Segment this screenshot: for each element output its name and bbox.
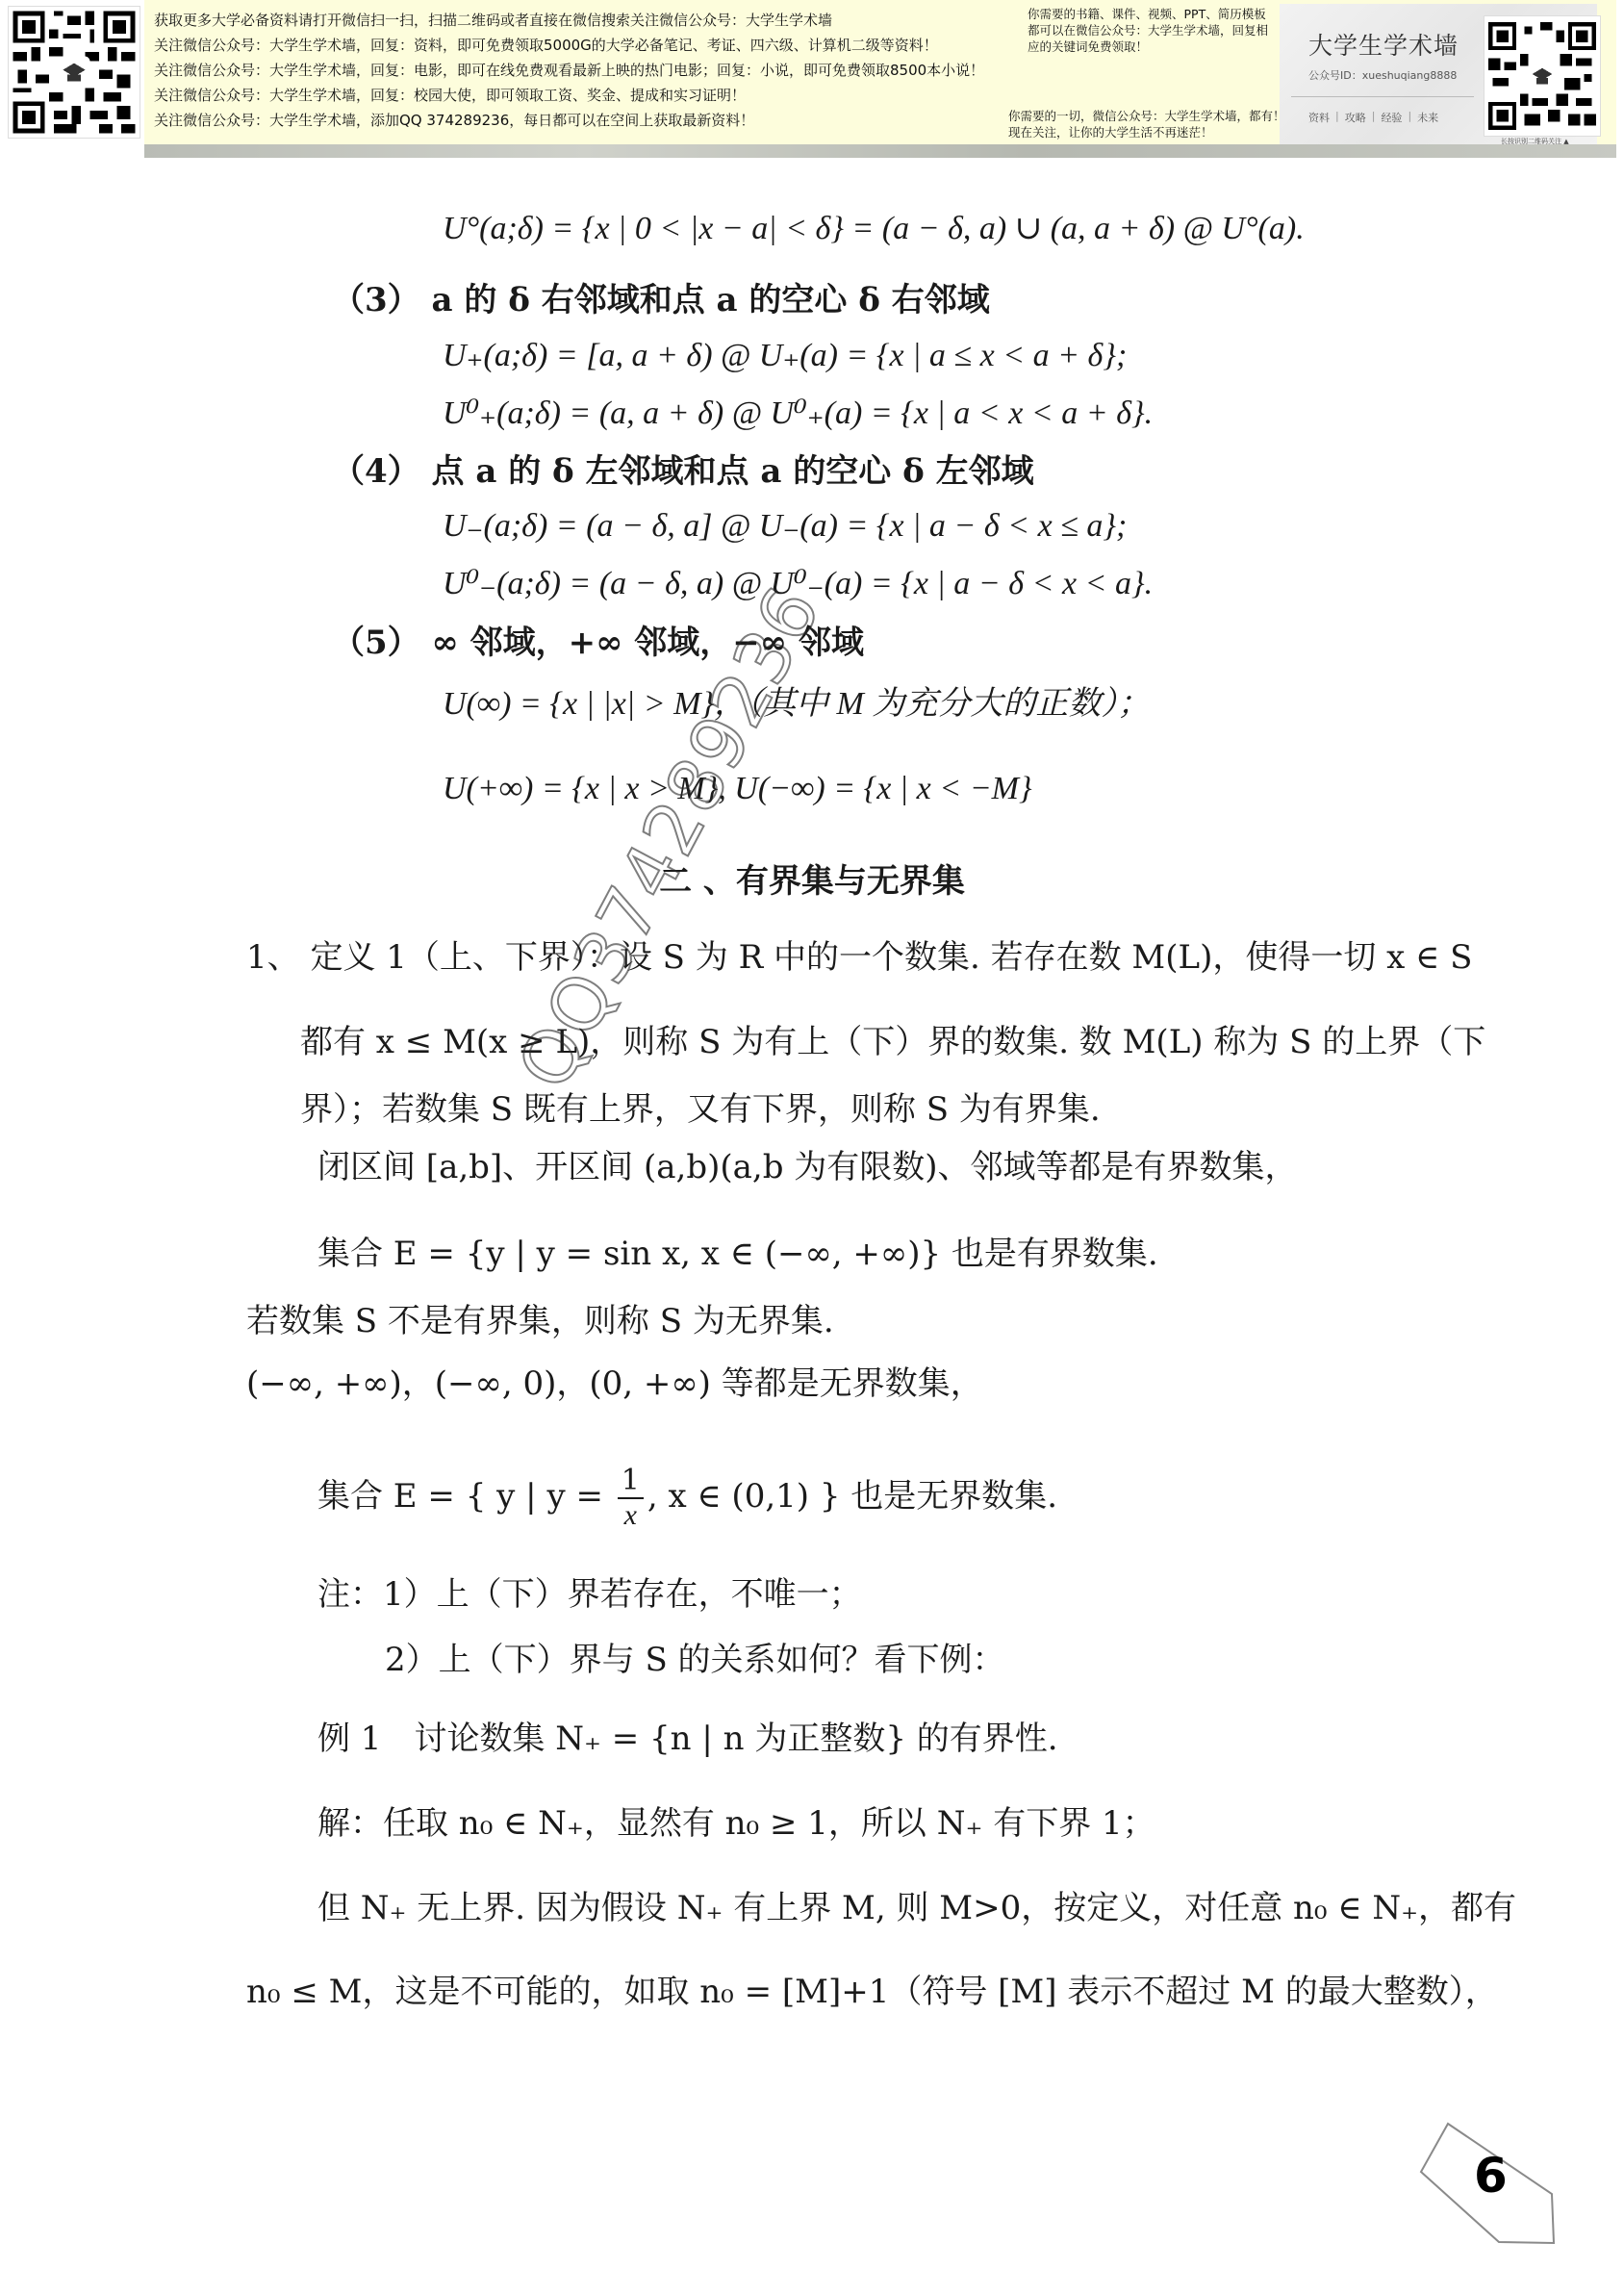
qr-code-icon[interactable] <box>8 6 140 139</box>
solution-line-2: 但 N₊ 无上界. 因为假设 N₊ 有上界 M, 则 M>0，按定义，对任意 n… <box>317 1889 1516 1927</box>
definition-1-cont: 都有 x ≤ M(x ≥ L)，则称 S 为有上（下）界的数集. 数 M(L) … <box>300 1023 1485 1061</box>
separator: | <box>1335 110 1339 125</box>
note-1: 注：1）上（下）界若存在，不唯一； <box>317 1575 862 1614</box>
banner-line: 关注微信公众号：大学生学术墙，回复：资料，即可免费领取5000G的大学必备笔记、… <box>154 33 1020 58</box>
solution-line-3: n₀ ≤ M，这是不可能的，如取 n₀ = [M]+1（符号 [M] 表示不超过… <box>246 1973 1498 2011</box>
separator: | <box>1372 110 1376 125</box>
formula-text: , x ∈ (0,1) } 也是无界数集. <box>647 1477 1057 1516</box>
side-note-line: 现在关注，让你的大学生活不再迷茫！ <box>1008 124 1285 140</box>
promo-link[interactable]: 攻略 <box>1345 110 1366 125</box>
bounded-set-sin: 集合 E = {y | y = sin x, x ∈ (−∞, +∞)} 也是有… <box>317 1235 1158 1273</box>
formula-right-neighborhood: U₊(a;δ) = [a, a + δ) @ U₊(a) = {x | a ≤ … <box>443 337 1127 375</box>
banner-line: 关注微信公众号：大学生学术墙，添加QQ 374289236，每日都可以在空间上获… <box>154 108 1020 133</box>
promo-link[interactable]: 资料 <box>1308 110 1330 125</box>
note-2: 2）上（下）界与 S 的关系如何？看下例： <box>385 1641 1005 1679</box>
definition-1-cont: 界）；若数集 S 既有上界，又有下界，则称 S 为有界集. <box>300 1090 1101 1129</box>
fraction: 1x <box>618 1465 644 1532</box>
example-1: 例 1 讨论数集 N₊ = {n | n 为正整数} 的有界性. <box>317 1720 1058 1758</box>
side-note-line: 应的关键词免费领取！ <box>1028 38 1268 55</box>
separator: | <box>1408 110 1411 125</box>
banner-side-note-bottom: 你需要的一切，微信公众号：大学生学术墙，都有！ 现在关注，让你的大学生活不再迷茫… <box>1008 108 1285 140</box>
banner-divider <box>144 144 1616 158</box>
formula-deleted-neighborhood: U°(a;δ) = {x | 0 < |x − a| < δ} = (a − δ… <box>443 210 1305 248</box>
formula-deleted-right-neighborhood: U⁰₊(a;δ) = (a, a + δ) @ U⁰₊(a) = {x | a … <box>443 395 1153 433</box>
banner-text-block: 获取更多大学必备资料请打开微信扫一扫，扫描二维码或者直接在微信搜索关注微信公众号… <box>154 8 1020 133</box>
bounded-examples: 闭区间 [a,b]、开区间 (a,b)(a,b 为有限数)、邻域等都是有界数集， <box>317 1148 1298 1186</box>
promo-title: 大学生学术墙 <box>1308 27 1459 62</box>
formula-left-neighborhood: U₋(a;δ) = (a − δ, a] @ U₋(a) = {x | a − … <box>443 507 1127 546</box>
fraction-denominator: x <box>624 1499 637 1532</box>
solution-line-1: 解：任取 n₀ ∈ N₊，显然有 n₀ ≥ 1，所以 N₊ 有下界 1； <box>317 1804 1155 1843</box>
unbounded-definition: 若数集 S 不是有界集，则称 S 为无界集. <box>246 1302 834 1340</box>
subheading-left-neighborhood: （4） 点 a 的 δ 左邻域和点 a 的空心 δ 左邻域 <box>332 452 1034 491</box>
promo-divider <box>1291 96 1474 97</box>
fraction-numerator: 1 <box>618 1465 644 1499</box>
side-note-line: 你需要的一切，微信公众号：大学生学术墙，都有！ <box>1008 108 1285 124</box>
promo-banner: 获取更多大学必备资料请打开微信扫一扫，扫描二维码或者直接在微信搜索关注微信公众号… <box>0 0 1624 144</box>
definition-1: 1、 定义 1（上、下界）：设 S 为 R 中的一个数集. 若存在数 M(L)，… <box>246 938 1472 977</box>
banner-line: 关注微信公众号：大学生学术墙，回复：校园大使，即可领取工资、奖金、提成和实习证明… <box>154 83 1020 108</box>
promo-account-id: 公众号ID：xueshuqiang8888 <box>1308 67 1457 83</box>
unbounded-examples: (−∞, +∞)，(−∞, 0)，(0, +∞) 等都是无界数集， <box>246 1364 983 1403</box>
formula-infinity-neighborhood: U(∞) = {x | |x| > M}，（其中 M 为充分大的正数）； <box>443 685 1150 724</box>
qr-code-icon[interactable] <box>1484 15 1601 137</box>
side-note-line: 你需要的书籍、课件、视频、PPT、简历模板 <box>1028 6 1268 22</box>
promo-link[interactable]: 经验 <box>1381 110 1402 125</box>
unbounded-set-reciprocal: 集合 E = { y | y = 1x, x ∈ (0,1) } 也是无界数集. <box>317 1465 1057 1532</box>
promo-card[interactable]: 大学生学术墙 公众号ID：xueshuqiang8888 资料 | 攻略 | 经… <box>1280 4 1597 144</box>
promo-links: 资料 | 攻略 | 经验 | 未来 <box>1308 110 1438 125</box>
banner-line: 获取更多大学必备资料请打开微信扫一扫，扫描二维码或者直接在微信搜索关注微信公众号… <box>154 8 1020 33</box>
page-number: 6 <box>1474 2148 1508 2204</box>
promo-caption: 长按识别二维码关注 ▲ <box>1501 137 1569 146</box>
banner-line: 关注微信公众号：大学生学术墙，回复：电影，即可在线免费观看最新上映的热门电影；回… <box>154 58 1020 83</box>
promo-link[interactable]: 未来 <box>1417 110 1438 125</box>
subheading-right-neighborhood: （3） a 的 δ 右邻域和点 a 的空心 δ 右邻域 <box>332 281 990 319</box>
section-title: 二 、有界集与无界集 <box>0 854 1624 902</box>
banner-side-note-top: 你需要的书籍、课件、视频、PPT、简历模板 都可以在微信公众号：大学生学术墙，回… <box>1028 6 1268 55</box>
formula-text: 集合 E = { y | y = <box>317 1477 614 1516</box>
side-note-line: 都可以在微信公众号：大学生学术墙，回复相 <box>1028 22 1268 38</box>
